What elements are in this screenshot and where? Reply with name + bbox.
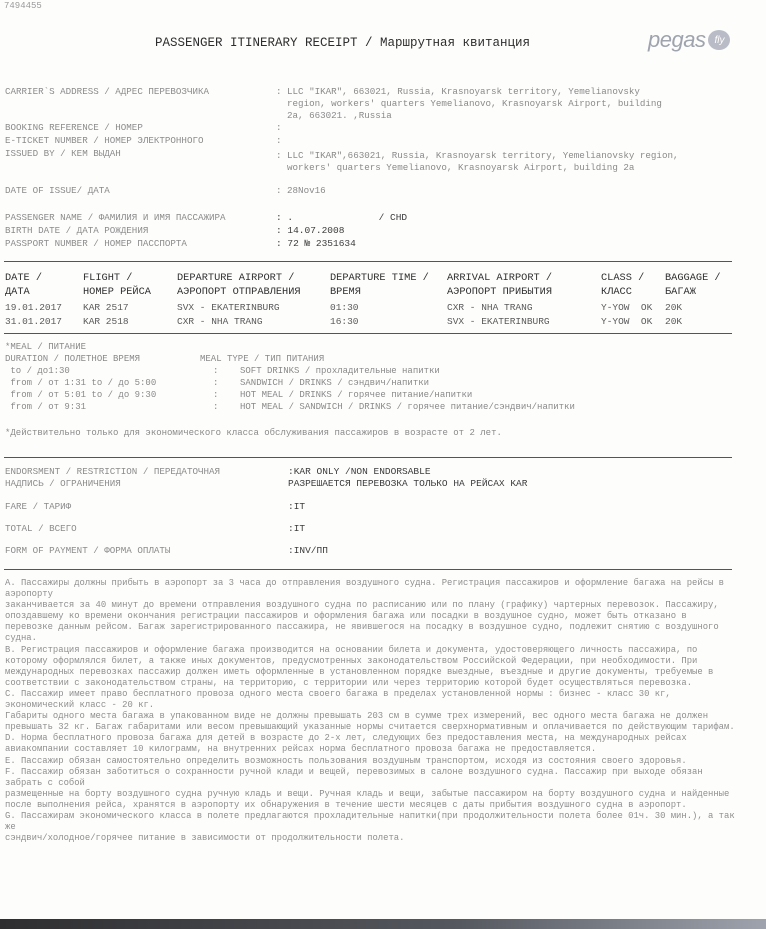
endorsement-value-line-1: :KAR ONLY /NON ENDORSABLE [288, 466, 431, 477]
flight-date: 19.01.2017 [5, 302, 62, 313]
endorsement-value-line-2: РАЗРЕШАЕТСЯ ПЕРЕВОЗКА ТОЛЬКО НА РЕЙСАХ K… [288, 478, 527, 489]
legal-paragraph: сэндвич/холодное/горячее питание в завис… [5, 833, 735, 844]
divider [4, 569, 732, 570]
total-label: TOTAL / ВСЕГО [5, 523, 77, 534]
issued-by-line-1: : LLC "IKAR",663021, Russia, Krasnoyarsk… [276, 150, 678, 161]
flight-number: KAR 2517 [83, 302, 129, 313]
departure-time: 01:30 [330, 302, 359, 313]
header-departure-airport: DEPARTURE AIRPORT / [177, 272, 294, 284]
payment-value: :INV/ПП [288, 545, 328, 556]
header-date: DATE / [5, 272, 42, 284]
legal-paragraph: заканчивается за 40 минут до времени отп… [5, 600, 735, 644]
issued-by-line-2: workers' quarters Yemelianovo, Krasnoyar… [276, 162, 634, 173]
meal-type: : HOT MEAL / DRINKS / горячее питание/на… [213, 390, 472, 400]
baggage: 20K [665, 316, 682, 327]
endorsement-label-line-2: НАДПИСЬ / ОГРАНИЧЕНИЯ [5, 478, 121, 489]
flight-date: 31.01.2017 [5, 316, 62, 327]
header-flight-ru: НОМЕР РЕЙСА [83, 286, 151, 298]
meal-type-header: MEAL TYPE / ТИП ПИТАНИЯ [200, 354, 324, 364]
carrier-address-line-2: region, workers' quarters Yemelianovo, K… [276, 98, 662, 109]
carrier-address-line-3: 2a, 663021. ,Russia [276, 110, 392, 121]
legal-conditions: A. Пассажиры должны прибыть в аэропорт з… [5, 578, 735, 844]
date-of-issue-value: : 28Nov16 [276, 185, 326, 196]
meal-note: *Действительно только для экономического… [5, 428, 502, 438]
meal-duration: from / от 9:31 [5, 402, 86, 412]
meal-duration-header: DURATION / ПОЛЕТНОЕ ВРЕМЯ [5, 354, 140, 364]
meal-type: : SANDWICH / DRINKS / сэндвич/напитки [213, 378, 429, 388]
fare-label: FARE / ТАРИФ [5, 501, 71, 512]
legal-paragraph: C. Пассажир имеет право бесплатного пров… [5, 689, 735, 711]
birth-date-value: : 14.07.2008 [276, 225, 344, 236]
header-departure-time-ru: ВРЕМЯ [330, 286, 361, 298]
header-date-ru: ДАТА [5, 286, 30, 298]
divider [4, 333, 732, 334]
departure-airport: SVX - EKATERINBURG [177, 302, 280, 313]
departure-time: 16:30 [330, 316, 359, 327]
fare-value: :IT [288, 501, 305, 512]
date-of-issue-label: DATE OF ISSUE/ ДАТА [5, 185, 110, 196]
endorsement-label-line-1: ENDORSMENT / RESTRICTION / ПЕРЕДАТОЧНАЯ [5, 466, 220, 477]
legal-paragraph: размещенные на борту воздушного судна ру… [5, 789, 735, 811]
eticket-number-value: : [276, 135, 282, 146]
legal-paragraph: D. Норма бесплатного провоза багажа для … [5, 733, 735, 755]
header-arrival-airport: ARRIVAL AIRPORT / [447, 272, 552, 284]
header-class-ru: КЛАСС [601, 286, 632, 298]
meal-type: : HOT MEAL / SANDWICH / DRINKS / горячее… [213, 402, 575, 412]
header-class: CLASS / [601, 272, 644, 284]
passport-number-value: : 72 № 2351634 [276, 238, 356, 249]
pegas-fly-logo: pegas fly [648, 27, 730, 53]
header-arrival-airport-ru: АЭРОПОРТ ПРИБЫТИЯ [447, 286, 552, 298]
arrival-airport: CXR - NHA TRANG [447, 302, 533, 313]
document-id: 7494455 [4, 1, 42, 11]
carrier-address-label: CARRIER`S ADDRESS / АДРЕС ПЕРЕВОЗЧИКА [5, 86, 209, 97]
scan-edge [0, 919, 766, 929]
header-baggage: BAGGAGE / [665, 272, 721, 284]
class-status: Y-YOW OK [601, 316, 652, 327]
legal-paragraph: Габариты одного места багажа в упакованн… [5, 711, 735, 733]
meal-duration: from / от 5:01 to / до 9:30 [5, 390, 156, 400]
arrival-airport: SVX - EKATERINBURG [447, 316, 550, 327]
header-departure-airport-ru: АЭРОПОРТ ОТПРАВЛЕНИЯ [177, 286, 301, 298]
baggage: 20K [665, 302, 682, 313]
legal-paragraph: E. Пассажир обязан самостоятельно опреде… [5, 756, 735, 767]
issued-by-label: ISSUED BY / КЕМ ВЫДАН [5, 148, 121, 159]
legal-paragraph: B. Регистрация пассажиров и оформление б… [5, 645, 735, 689]
class-status: Y-YOW OK [601, 302, 652, 313]
logo-fly-icon: fly [708, 30, 730, 50]
divider [4, 457, 732, 458]
eticket-number-label: E-TICKET NUMBER / НОМЕР ЭЛЕКТРОННОГО [5, 135, 203, 146]
legal-paragraph: G. Пассажирам экономического класса в по… [5, 811, 735, 833]
meal-type: : SOFT DRINKS / прохладительные напитки [213, 366, 440, 376]
passenger-name-label: PASSENGER NAME / ФАМИЛИЯ И ИМЯ ПАССАЖИРА [5, 212, 226, 223]
departure-airport: CXR - NHA TRANG [177, 316, 263, 327]
page-title: PASSENGER ITINERARY RECEIPT / Маршрутная… [155, 36, 530, 50]
divider [4, 261, 732, 262]
payment-label: FORM OF PAYMENT / ФОРМА ОПЛАТЫ [5, 545, 170, 556]
legal-paragraph: A. Пассажиры должны прибыть в аэропорт з… [5, 578, 735, 600]
passenger-name-value: : . / CHD [276, 212, 407, 223]
total-value: :IT [288, 523, 305, 534]
logo-text: pegas [648, 27, 705, 53]
birth-date-label: BIRTH DATE / ДАТА РОЖДЕНИЯ [5, 225, 148, 236]
flight-number: KAR 2518 [83, 316, 129, 327]
meal-heading: *MEAL / ПИТАНИЕ [5, 342, 86, 352]
legal-paragraph: F. Пассажир обязан заботиться о сохранно… [5, 767, 735, 789]
passport-number-label: PASSPORT NUMBER / НОМЕР ПАССПОРТА [5, 238, 187, 249]
meal-duration: to / до1:30 [5, 366, 70, 376]
booking-reference-value: : [276, 122, 282, 133]
carrier-address-line-1: : LLC "IKAR", 663021, Russia, Krasnoyars… [276, 86, 640, 97]
header-flight: FLIGHT / [83, 272, 132, 284]
meal-duration: from / от 1:31 to / до 5:00 [5, 378, 156, 388]
header-departure-time: DEPARTURE TIME / [330, 272, 429, 284]
header-baggage-ru: БАГАЖ [665, 286, 696, 298]
booking-reference-label: BOOKING REFERENCE / НОМЕР [5, 122, 143, 133]
